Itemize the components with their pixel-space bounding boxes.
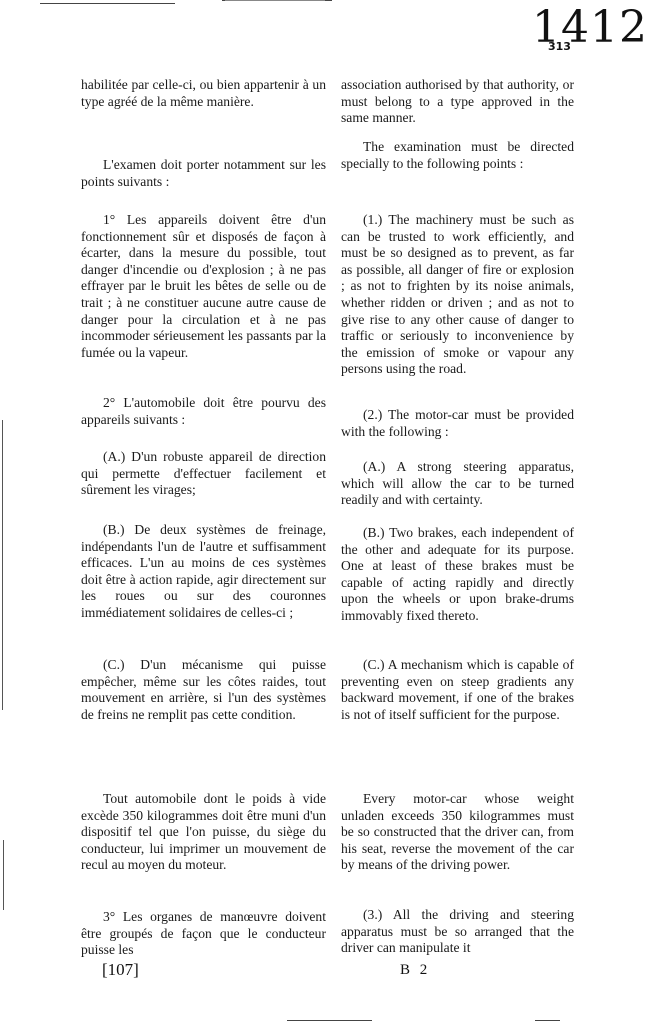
page-number: 313 [548, 40, 571, 53]
footer-left-mark: [107] [102, 960, 139, 980]
paragraph: association authorised by that authority… [341, 77, 574, 127]
margin-line [3, 840, 4, 910]
paragraph: (1.) The machinery must be such as can b… [341, 212, 574, 378]
top-rule-left [40, 3, 175, 4]
paragraph: (A.) A strong steering apparatus, which … [341, 459, 574, 509]
paragraph: habilitée par celle-ci, ou bien apparten… [81, 77, 326, 110]
margin-line [2, 420, 3, 710]
paragraph: (3.) All the driving and steering appara… [341, 907, 574, 957]
paragraph: (A.) D'un robuste appareil de direction … [81, 449, 326, 499]
paragraph: (B.) De deux systèmes de freinage, indép… [81, 522, 326, 622]
footer-signature-mark: B 2 [400, 962, 430, 979]
top-rule-right [225, 0, 325, 1]
french-column: habilitée par celle-ci, ou bien apparten… [81, 77, 326, 957]
paragraph: L'examen doit porter notamment sur les p… [81, 157, 326, 190]
paragraph: (2.) The motor-car must be provided with… [341, 407, 574, 440]
paragraph: The examination must be directed special… [341, 139, 574, 172]
paragraph: Every motor-car whose weight unladen exc… [341, 791, 574, 874]
bottom-rule-right [535, 1020, 560, 1021]
paragraph: 3° Les organes de manœuvre doivent être … [81, 909, 326, 959]
paragraph: 1° Les appareils doivent être d'un fonct… [81, 212, 326, 361]
paragraph: (C.) D'un mécanisme qui puisse empêcher,… [81, 657, 326, 723]
paragraph: Tout automobile dont le poids à vide exc… [81, 791, 326, 874]
paragraph: 2° L'automobile doit être pourvu des app… [81, 395, 326, 428]
paragraph: (B.) Two brakes, each independent of the… [341, 525, 574, 625]
english-column: association authorised by that authority… [341, 77, 574, 957]
bottom-rule-center [287, 1020, 372, 1021]
paragraph: (C.) A mechanism which is capable of pre… [341, 657, 574, 723]
